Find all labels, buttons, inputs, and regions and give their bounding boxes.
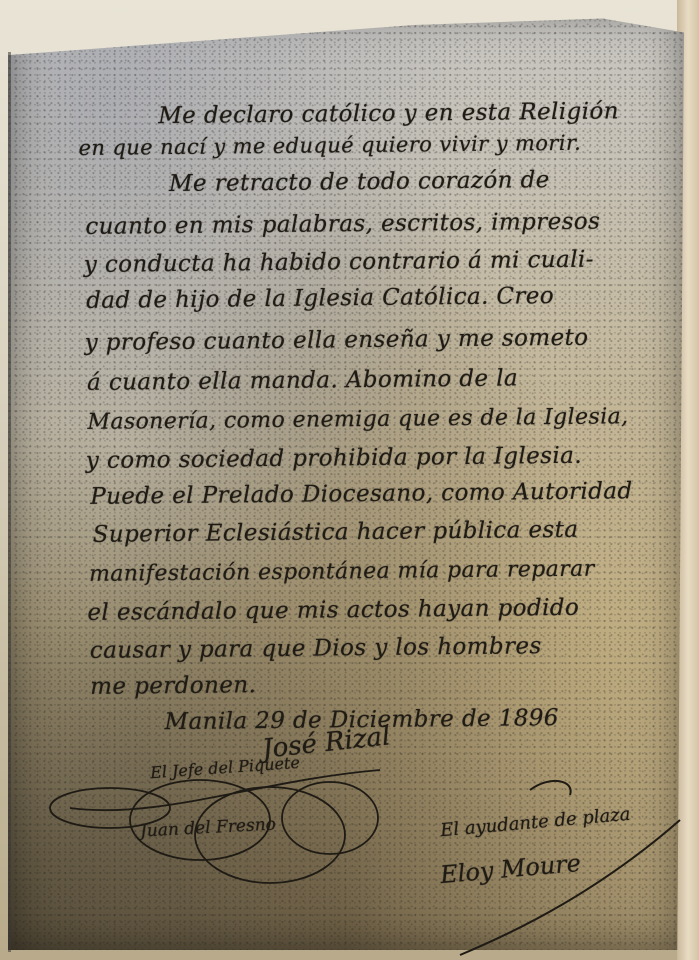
letter-line: manifestación espontánea mía para repara…	[89, 557, 595, 587]
letter-line: cuanto en mis palabras, escritos, impres…	[85, 209, 600, 240]
letter-line: y como sociedad prohibida por la Iglesia…	[86, 443, 582, 474]
letter-line: Me declaro católico y en esta Religión	[158, 98, 619, 129]
signature-flourish-left-icon	[40, 760, 400, 900]
letter-line: me perdonen.	[90, 672, 256, 700]
letter-line: dad de hijo de la Iglesia Católica. Creo	[86, 283, 554, 314]
letter-line: Me retracto de todo corazón de	[169, 167, 550, 197]
page-left-edge	[8, 52, 11, 952]
letter-line: y conducta ha habido contrario á mi cual…	[84, 247, 594, 278]
letter-line: causar y para que Dios y los hombres	[90, 633, 542, 664]
signature-flourish-right-icon	[400, 760, 690, 960]
letter-line: y profeso cuanto ella enseña y me someto	[84, 325, 588, 356]
letter-line: el escándalo que mis actos hayan podido	[87, 595, 579, 626]
letter-line: á cuanto ella manda. Abomino de la	[87, 365, 518, 396]
letter-line: Superior Eclesiástica hacer pública esta	[93, 517, 579, 548]
